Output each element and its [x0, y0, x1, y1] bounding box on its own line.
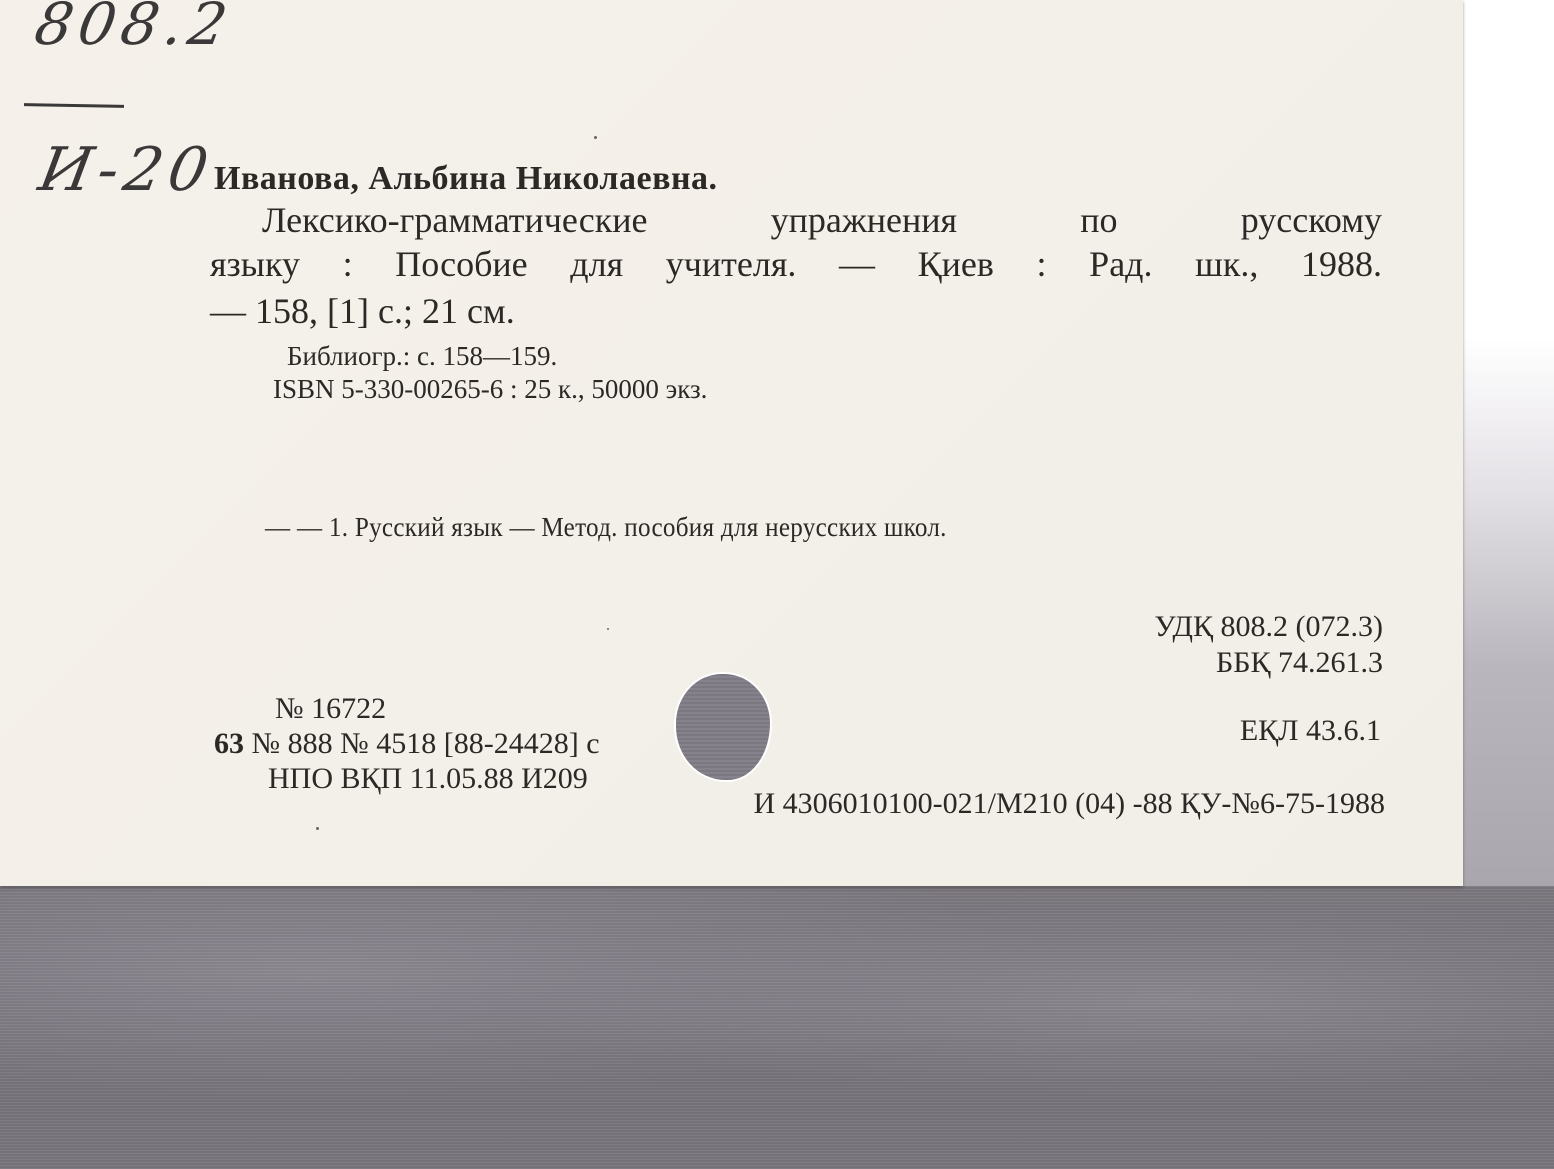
speck — [607, 628, 609, 630]
author-heading: Иванова, Альбина Николаевна. — [214, 162, 718, 196]
handwritten-author-mark: И-20 — [34, 135, 219, 205]
isbn-line: ISBN 5-330-00265-6 : 25 к., 50000 экз. — [273, 376, 707, 403]
bibliography-note: Библиогр.: с. 158—159. — [287, 343, 557, 370]
title-line-3: — 158, [1] с.; 21 см. — [210, 293, 515, 329]
ekl-code: ЕҚЛ 43.6.1 — [1240, 716, 1381, 746]
udk-code: УДҚ 808.2 (072.3) — [1154, 612, 1383, 642]
bbk-code: ББҚ 74.261.3 — [1216, 648, 1383, 678]
subject-tracing: — — 1. Русский язык — Метод. пособия для… — [265, 514, 947, 541]
order-line: 63 № 888 № 4518 [88-24428] с — [214, 729, 600, 759]
title-line-1: Лексико-грамматические упражнения по рус… — [262, 202, 1382, 238]
title-line-2: языку : Пособие для учителя. — Қиев : Ра… — [210, 246, 1382, 282]
speck — [316, 827, 319, 830]
publisher-line: НПО ВҚП 11.05.88 И209 — [268, 764, 588, 794]
record-number: № 16722 — [275, 694, 386, 724]
catalog-card: 808.2 И-20 Иванова, Альбина Николаевна. … — [0, 0, 1463, 886]
scanner-background-right — [1460, 0, 1554, 890]
index-line: И 4306010100-021/М210 (04) -88 ҚУ-№6-75-… — [754, 789, 1385, 819]
handwritten-divider — [24, 103, 124, 108]
speck — [594, 136, 597, 139]
scanner-background-bottom — [0, 886, 1554, 1169]
handwritten-class-number: 808.2 — [30, 0, 238, 58]
order-prefix: 63 — [214, 727, 244, 760]
order-rest: № 888 № 4518 [88-24428] с — [244, 727, 600, 760]
punch-hole — [676, 674, 770, 780]
